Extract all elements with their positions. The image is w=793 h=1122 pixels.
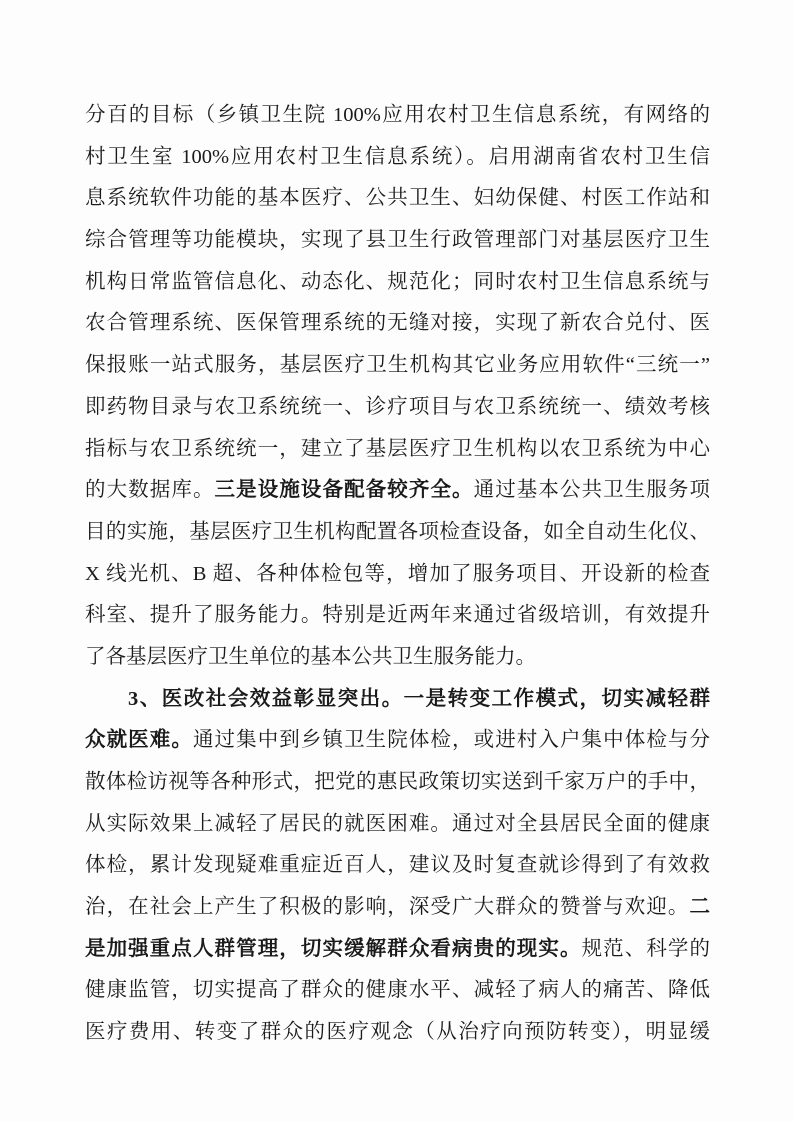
text-segment: 息系统软件功能的基本医疗、公共卫生、妇幼保健、村医工作站和: [85, 187, 710, 209]
text-line-16: 众就医难。通过集中到乡镇卫生院体检，或进村入户集中体检与分: [85, 720, 710, 762]
text-segment: 散体检访视等各种形式，把党的惠民政策切实送到千家万户的手中，: [85, 771, 710, 793]
text-segment: 规范、科学的: [582, 938, 710, 960]
document-page: 分百的目标（乡镇卫生院 100%应用农村卫生信息系统，有网络的村卫生室 100%…: [0, 0, 793, 1122]
text-line-3: 息系统软件功能的基本医疗、公共卫生、妇幼保健、村医工作站和: [85, 178, 710, 220]
bold-text-segment: 3、医改社会效益彰显突出。一是转变工作模式，切实减轻群: [128, 688, 710, 710]
text-line-8: 即药物目录与农卫系统统一、诊疗项目与农卫系统统一、绩效考核: [85, 387, 710, 429]
text-line-2: 村卫生室 100%应用农村卫生信息系统）。启用湖南省农村卫生信: [85, 137, 710, 179]
text-segment: 保报账一站式服务，基层医疗卫生机构其它业务应用软件“三统一”: [85, 354, 710, 376]
text-segment: 机构日常监管信息化、动态化、规范化；同时农村卫生信息系统与: [85, 271, 710, 293]
text-line-10: 的大数据库。三是设施设备配备较齐全。通过基本公共卫生服务项: [85, 470, 710, 512]
text-line-14: 了各基层医疗卫生单位的基本公共卫生服务能力。: [85, 637, 710, 679]
text-segment: 治，在社会上产生了积极的影响，深受广大群众的赞誉与欢迎。: [85, 896, 690, 918]
text-segment: 即药物目录与农卫系统统一、诊疗项目与农卫系统统一、绩效考核: [85, 396, 710, 418]
text-line-21: 是加强重点人群管理，切实缓解群众看病贵的现实。规范、科学的: [85, 929, 710, 971]
text-segment: 村卫生室 100%应用农村卫生信息系统）。启用湖南省农村卫生信: [85, 146, 710, 168]
text-line-20: 治，在社会上产生了积极的影响，深受广大群众的赞誉与欢迎。二: [85, 887, 710, 929]
bold-text-segment: 三是设施设备配备较齐全。: [215, 479, 474, 501]
text-segment: 通过集中到乡镇卫生院体检，或进村入户集中体检与分: [193, 729, 710, 751]
text-segment: 医疗费用、转变了群众的医疗观念（从治疗向预防转变），明显缓: [85, 1021, 710, 1043]
text-line-1: 分百的目标（乡镇卫生院 100%应用农村卫生信息系统，有网络的: [85, 95, 710, 137]
document-body: 分百的目标（乡镇卫生院 100%应用农村卫生信息系统，有网络的村卫生室 100%…: [85, 95, 710, 1054]
bold-text-segment: 二: [690, 896, 711, 918]
text-line-11: 目的实施，基层医疗卫生机构配置各项检查设备，如全自动生化仪、: [85, 512, 710, 554]
text-segment: 健康监管，切实提高了群众的健康水平、减轻了病人的痛苦、降低: [85, 979, 710, 1001]
text-line-17: 散体检访视等各种形式，把党的惠民政策切实送到千家万户的手中，: [85, 762, 710, 804]
text-line-6: 农合管理系统、医保管理系统的无缝对接，实现了新农合兑付、医: [85, 303, 710, 345]
text-line-9: 指标与农卫系统统一，建立了基层医疗卫生机构以农卫系统为中心: [85, 429, 710, 471]
text-line-5: 机构日常监管信息化、动态化、规范化；同时农村卫生信息系统与: [85, 262, 710, 304]
text-segment: 通过基本公共卫生服务项: [474, 479, 710, 501]
text-segment: 农合管理系统、医保管理系统的无缝对接，实现了新农合兑付、医: [85, 312, 710, 334]
text-line-4: 综合管理等功能模块，实现了县卫生行政管理部门对基层医疗卫生: [85, 220, 710, 262]
text-segment: 了各基层医疗卫生单位的基本公共卫生服务能力。: [85, 646, 536, 668]
text-line-13: 科室、提升了服务能力。特别是近两年来通过省级培训，有效提升: [85, 595, 710, 637]
text-segment: 综合管理等功能模块，实现了县卫生行政管理部门对基层医疗卫生: [85, 229, 710, 251]
bold-text-segment: 众就医难。: [85, 729, 193, 751]
text-line-19: 体检，累计发现疑难重症近百人，建议及时复查就诊得到了有效救: [85, 845, 710, 887]
text-line-22: 健康监管，切实提高了群众的健康水平、减轻了病人的痛苦、降低: [85, 970, 710, 1012]
text-line-7: 保报账一站式服务，基层医疗卫生机构其它业务应用软件“三统一”: [85, 345, 710, 387]
text-segment: 指标与农卫系统统一，建立了基层医疗卫生机构以农卫系统为中心: [85, 438, 710, 460]
text-segment: X 线光机、B 超、各种体检包等，增加了服务项目、开设新的检查: [85, 563, 710, 585]
text-line-23: 医疗费用、转变了群众的医疗观念（从治疗向预防转变），明显缓: [85, 1012, 710, 1054]
text-segment: 分百的目标（乡镇卫生院 100%应用农村卫生信息系统，有网络的: [85, 104, 710, 126]
text-line-15: 3、医改社会效益彰显突出。一是转变工作模式，切实减轻群: [85, 679, 710, 721]
text-segment: 科室、提升了服务能力。特别是近两年来通过省级培训，有效提升: [85, 604, 710, 626]
text-segment: 从实际效果上减轻了居民的就医困难。通过对全县居民全面的健康: [85, 813, 710, 835]
text-line-12: X 线光机、B 超、各种体检包等，增加了服务项目、开设新的检查: [85, 554, 710, 596]
text-line-18: 从实际效果上减轻了居民的就医困难。通过对全县居民全面的健康: [85, 804, 710, 846]
bold-text-segment: 是加强重点人群管理，切实缓解群众看病贵的现实。: [85, 938, 582, 960]
text-segment: 的大数据库。: [85, 479, 215, 501]
text-segment: 体检，累计发现疑难重症近百人，建议及时复查就诊得到了有效救: [85, 854, 710, 876]
text-segment: 目的实施，基层医疗卫生机构配置各项检查设备，如全自动生化仪、: [85, 521, 710, 543]
